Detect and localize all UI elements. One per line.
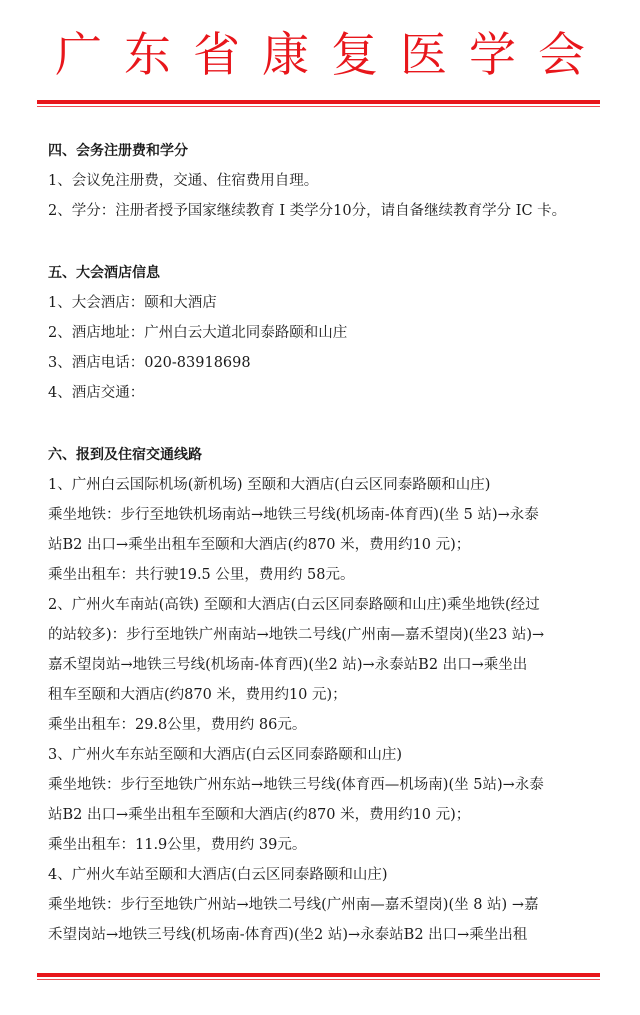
paragraph-line: 3、广州火车东站至颐和大酒店(白云区同泰路颐和山庄) (48, 740, 596, 770)
paragraph-line: 4、广州火车站至颐和大酒店(白云区同泰路颐和山庄) (48, 860, 596, 890)
paragraph-line: 的站较多)：步行至地铁广州南站→地铁二号线(广州南—嘉禾望岗)(坐23 站)→ (48, 620, 596, 650)
paragraph-line: 站B2 出口→乘坐出租车至颐和大酒店(约870 米，费用约10 元)； (48, 530, 596, 560)
paragraph-line: 2、酒店地址：广州白云大道北同泰路颐和山庄 (48, 318, 596, 348)
paragraph-line: 3、酒店电话：020-83918698 (48, 348, 596, 378)
document-body: 四、会务注册费和学分 1、会议免注册费，交通、住宿费用自理。 2、学分：注册者授… (48, 136, 596, 950)
paragraph-line: 乘坐出租车：29.8公里，费用约 86元。 (48, 710, 596, 740)
footer-double-rule (37, 973, 600, 980)
letterhead-title: 广东省康复医学会 (0, 28, 640, 84)
paragraph-line: 嘉禾望岗站→地铁三号线(机场南-体育西)(坐2 站)→永泰站B2 出口→乘坐出 (48, 650, 596, 680)
paragraph-line: 乘坐出租车：共行驶19.5 公里，费用约 58元。 (48, 560, 596, 590)
paragraph-line: 乘坐地铁：步行至地铁机场南站→地铁三号线(机场南-体育西)(坐 5 站)→永泰 (48, 500, 596, 530)
paragraph-line: 4、酒店交通： (48, 378, 596, 408)
paragraph-line: 乘坐地铁：步行至地铁广州站→地铁二号线(广州南—嘉禾望岗)(坐 8 站) →嘉 (48, 890, 596, 920)
footer-rule-thin (37, 979, 600, 980)
paragraph-line: 2、学分：注册者授予国家继续教育 I 类学分10分，请自备继续教育学分 IC 卡… (48, 196, 596, 226)
paragraph-line: 站B2 出口→乘坐出租车至颐和大酒店(约870 米，费用约10 元)； (48, 800, 596, 830)
header-rule-thin (37, 106, 600, 107)
section-heading-hotel: 五、大会酒店信息 (48, 258, 596, 288)
paragraph-line: 1、会议免注册费，交通、住宿费用自理。 (48, 166, 596, 196)
paragraph-line: 1、大会酒店：颐和大酒店 (48, 288, 596, 318)
paragraph-line: 乘坐地铁：步行至地铁广州东站→地铁三号线(体育西—机场南)(坐 5站)→永泰 (48, 770, 596, 800)
section-heading-transport: 六、报到及住宿交通线路 (48, 440, 596, 470)
section-heading-registration: 四、会务注册费和学分 (48, 136, 596, 166)
paragraph-line: 1、广州白云国际机场(新机场) 至颐和大酒店(白云区同泰路颐和山庄) (48, 470, 596, 500)
header-double-rule (37, 100, 600, 107)
paragraph-line: 租车至颐和大酒店(约870 米，费用约10 元)； (48, 680, 596, 710)
paragraph-line: 2、广州火车南站(高铁) 至颐和大酒店(白云区同泰路颐和山庄)乘坐地铁(经过 (48, 590, 596, 620)
paragraph-line: 禾望岗站→地铁三号线(机场南-体育西)(坐2 站)→永泰站B2 出口→乘坐出租 (48, 920, 596, 950)
paragraph-line: 乘坐出租车：11.9公里，费用约 39元。 (48, 830, 596, 860)
